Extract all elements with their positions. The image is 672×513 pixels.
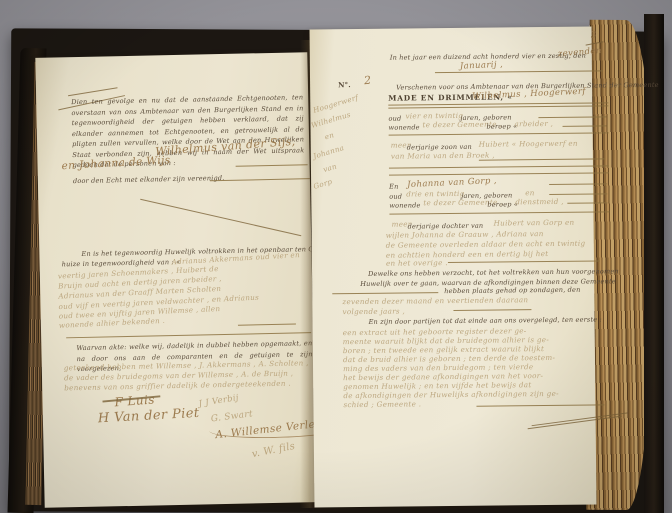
ruled-line <box>388 105 608 108</box>
ruled-line <box>448 260 600 263</box>
ruled-line <box>476 404 604 406</box>
handwritten-bride-parents: de Gemeente overleden aldaar den acht en… <box>386 239 586 250</box>
page-stack-fore-edge <box>586 20 651 510</box>
photo-of-open-register-book: Dien ten gevolge en nu dat de aanstaande… <box>0 0 672 513</box>
handwritten-month: Januarij , <box>460 60 504 72</box>
ruled-line <box>210 178 310 181</box>
ruled-line <box>332 292 438 294</box>
margin-note: en <box>324 130 336 141</box>
pen-stroke <box>68 87 118 96</box>
pen-stroke <box>140 199 301 237</box>
beroep-label: beroep « <box>487 199 518 210</box>
margin-note: Hoogerwerf <box>312 93 359 115</box>
signature: v. W. fils <box>251 441 296 460</box>
handwritten-bride-parents: Huibert van Gorp en <box>493 218 574 228</box>
wonende-label: wonende <box>388 122 419 133</box>
beroep-label: beroep « <box>486 121 517 132</box>
handwritten-bride-parents: en het overige . <box>386 258 448 268</box>
ruled-line <box>453 309 531 311</box>
ruled-line <box>238 323 296 325</box>
right-page: 3 In het jaar een duizend acht honderd v… <box>310 27 597 508</box>
margin-note: van <box>322 161 338 174</box>
united-by-marriage-line: door den Echt met elkander zijn vereenig… <box>73 173 225 187</box>
ruled-line <box>389 165 609 168</box>
handwritten-page-number: 3 <box>590 30 597 41</box>
margin-note: Gorp <box>312 177 333 191</box>
wonende-label: wonende <box>389 200 420 211</box>
handwritten-documents-line: schied ; Gemeente . <box>343 399 421 409</box>
signature: H Van der Piet <box>98 406 200 427</box>
documents-line: En zijn door partijen tot dat einde aan … <box>369 314 602 327</box>
handwritten-bride-born: en <box>525 188 535 197</box>
ruled-line <box>479 158 605 160</box>
handwritten-act-number: 2 <box>363 74 372 88</box>
handwritten-documents-line: de afkondigingen der Huwelijks afkondigi… <box>343 389 559 400</box>
handwritten-banns-dates: volgende jaars , <box>342 307 405 317</box>
handwritten-bride-name: Johanna van Gorp , <box>407 176 497 190</box>
ruled-line <box>66 332 311 338</box>
signature: J J Verbij <box>198 393 240 409</box>
margin-note: Johanna <box>312 143 345 161</box>
left-page: Dien ten gevolge en nu dat de aanstaande… <box>35 52 316 508</box>
handwritten-groom-parents: Huibert « Hoogerwerf en <box>479 139 578 149</box>
ruled-line <box>389 211 609 214</box>
ruled-line <box>389 132 609 135</box>
handwritten-banns-dates: zevenden dezer maand en veertienden daar… <box>342 295 528 306</box>
ruled-line <box>389 172 609 175</box>
handwritten-groom-profession: arbeider , <box>514 119 553 128</box>
act-number-label: N°. <box>338 79 351 90</box>
handwritten-bride-parents: wijlen Johanna de Graauw , Adriana van <box>386 229 544 240</box>
handwritten-bride-profession: dienstmeid , <box>515 197 564 207</box>
